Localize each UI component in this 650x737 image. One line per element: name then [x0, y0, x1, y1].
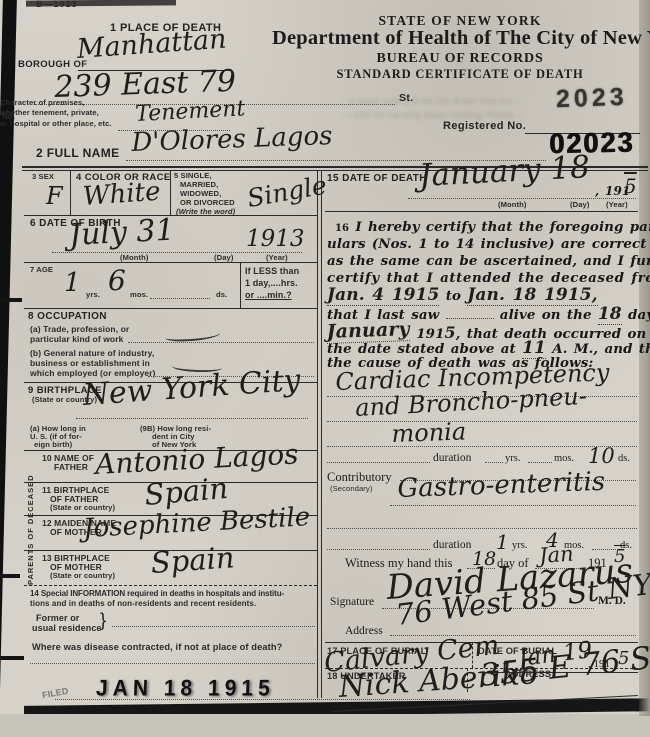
occupation-b1: (b) General nature of industry, — [30, 348, 154, 358]
duration1-mos: mos. — [554, 453, 574, 464]
birthplace-underline — [76, 418, 308, 419]
father-bp-label-3: (State or country) — [50, 503, 115, 512]
age-months-unit: mos. — [130, 290, 148, 299]
occupation-a-line — [128, 342, 314, 343]
certify-line-1: 16 I hereby certify that the foregoing p… — [335, 219, 650, 235]
duration1-label: duration — [433, 452, 471, 464]
special-info-line2: tions and in deaths of non-residents and… — [30, 599, 256, 608]
age-less-line3: or ....min.? — [245, 290, 292, 300]
sex-value: F — [46, 182, 63, 210]
borough-value: Manhattan — [76, 24, 228, 65]
age-dots-1 — [150, 298, 210, 299]
attended-from-date: Jan. 4 1915 — [327, 285, 439, 306]
column-divider-a — [317, 170, 318, 698]
date-of-death-label: 15 DATE OF DEATH — [327, 173, 427, 184]
sex-label: 3 SEX — [32, 172, 54, 181]
howlong-us-3: eign birth) — [34, 440, 72, 449]
cause-line-2-rule — [327, 421, 637, 422]
header-certificate-title: STANDARD CERTIFICATE OF DEATH — [282, 67, 638, 82]
disease-line — [30, 663, 315, 664]
duration2-yrs: yrs. — [512, 540, 527, 551]
leftcol-rule-2 — [24, 262, 317, 263]
former-residence-label-1: Former or — [36, 613, 79, 623]
marital-label-4: OR DIVORCED — [180, 198, 235, 207]
death-year-caption: (Year) — [606, 200, 628, 209]
father-bp-value: Spain — [143, 471, 229, 512]
occupation-a-handmark — [165, 329, 221, 343]
mother-bp-value: Spain — [150, 540, 236, 580]
race-value: White — [82, 177, 162, 212]
birth-day-caption: (Day) — [214, 253, 234, 262]
premises-line3: or hospital or other place, etc. — [0, 119, 112, 128]
duration1-dots-a — [485, 462, 503, 463]
death-month-caption: (Month) — [498, 200, 527, 209]
cause-line-3: monia — [391, 417, 467, 448]
attended-to-date: Jan. 18 1915, — [467, 285, 597, 306]
age-less-line1: If LESS than — [245, 266, 299, 276]
bottom-margin-strip — [0, 714, 650, 737]
premises-value: Tenement — [135, 96, 246, 127]
certify-line-3: as the same can be ascertained, and I fu… — [327, 253, 650, 269]
column-divider-b — [321, 170, 322, 698]
form-corner-code: B—1913 — [36, 0, 78, 9]
special-info-line1: 14 Special INFORMATION required in death… — [30, 589, 284, 598]
full-name-value: D'Olores Lagos — [131, 121, 333, 158]
contributory-underline — [390, 505, 636, 506]
occupation-label: 8 OCCUPATION — [28, 311, 107, 322]
bleedthrough-smudge-2: ~ r hold the hartalng Sasarl (resting) R… — [340, 110, 522, 120]
date-of-birth-year: 1913 — [246, 226, 305, 252]
marital-label-1: 5 SINGLE, — [174, 171, 212, 180]
duration2-yrs-hw: 1 — [496, 530, 509, 554]
duration1-ds: ds. — [618, 453, 630, 464]
age-years-unit: yrs. — [86, 290, 100, 299]
death-day-caption: (Day) — [570, 200, 590, 209]
certify-to-word: to — [446, 288, 461, 304]
certify-line-1-text: I hereby certify that the foregoing part… — [355, 219, 650, 235]
header-bureau: BUREAU OF RECORDS — [282, 51, 638, 67]
duration1-yrs: yrs. — [505, 453, 520, 464]
date-of-death-value: January 18 — [418, 149, 591, 194]
duration2-label: duration — [433, 539, 471, 551]
age-less-line2: 1 day,....hrs. — [245, 278, 298, 288]
parents-of-deceased-side-label: PARENTS OF DECEASED — [26, 455, 35, 585]
leftcol-rule-3 — [24, 308, 317, 309]
marital-label-2: MARRIED, — [180, 180, 218, 189]
left-tick-3 — [0, 656, 24, 660]
birth-year-caption: (Year) — [266, 253, 288, 262]
registered-no-label: Registered No. — [443, 120, 526, 132]
occupation-a2: particular kind of work — [30, 334, 123, 344]
duration1-days-hw: 10 — [588, 444, 615, 468]
certify-line-2: ulars (Nos. 1 to 14 inclusive) are corre… — [327, 236, 650, 252]
age-days-unit: ds. — [216, 290, 227, 299]
premises-line2: whether tenement, private, — [0, 108, 99, 117]
blank-dotted-line — [327, 528, 637, 529]
age-less-divider — [240, 262, 241, 308]
birth-month-caption: (Month) — [120, 253, 149, 262]
rightcol-rule-1 — [325, 211, 638, 212]
father-label-2: FATHER — [54, 462, 88, 472]
disease-question: Where was disease contracted, if not at … — [32, 642, 282, 652]
premises-line1: Character of premises, — [0, 98, 85, 107]
former-residence-label-2: usual residence — [32, 623, 102, 633]
certify-line-4: certify that I attended the deceased fro… — [327, 270, 650, 286]
contributory-label: Contributory — [327, 470, 392, 485]
contributory-value: Gastro-enteritis — [397, 467, 606, 504]
occupation-b2: business or establishment in — [30, 358, 150, 368]
left-tick-1 — [0, 298, 22, 302]
mother-bp-label-3: (State or country) — [50, 571, 115, 580]
certify-line-5: Jan. 4 1915 to Jan. 18 1915, — [327, 285, 598, 306]
occupation-a1: (a) Trade, profession, or — [30, 324, 129, 334]
date-of-birth-value: July 31 — [68, 213, 175, 253]
left-tick-2 — [0, 574, 20, 578]
full-name-label: 2 FULL NAME — [36, 146, 120, 160]
last-saw-gap — [446, 318, 494, 319]
birth-underline — [52, 252, 302, 253]
date-of-death-year-hw: 5 — [624, 174, 637, 198]
sex-race-divider — [70, 170, 71, 215]
age-label: 7 AGE — [30, 265, 53, 274]
age-months-value: 6 — [108, 264, 126, 297]
registered-stamp-light: 2023 — [556, 83, 629, 114]
street-suffix: St. — [399, 92, 414, 104]
age-years-value: 1 — [64, 268, 81, 298]
duration1-lead-dots — [327, 462, 430, 463]
address-label: Address — [345, 625, 383, 637]
certify-item-no: 16 — [335, 223, 349, 234]
signature-label: Signature — [330, 596, 374, 608]
former-residence-line — [112, 626, 315, 627]
marital-label-3: WIDOWED, — [180, 189, 221, 198]
former-residence-brace: } — [100, 610, 106, 631]
address-line — [390, 635, 636, 636]
duration2-lead-dots — [327, 549, 430, 550]
leftcol-rule-9 — [24, 585, 317, 586]
duration2-dots — [592, 549, 616, 550]
death-underline — [408, 198, 636, 199]
death-certificate-scan: ~ ul hiture resto g w fas Cry of Ner-Yor… — [0, 0, 650, 737]
header-department: Department of Health of The City of New … — [272, 27, 648, 50]
contributory-sub: (Secondary) — [330, 484, 372, 493]
duration1-dots-b — [528, 462, 552, 463]
mother-value: Josephine Bestile — [82, 502, 310, 544]
